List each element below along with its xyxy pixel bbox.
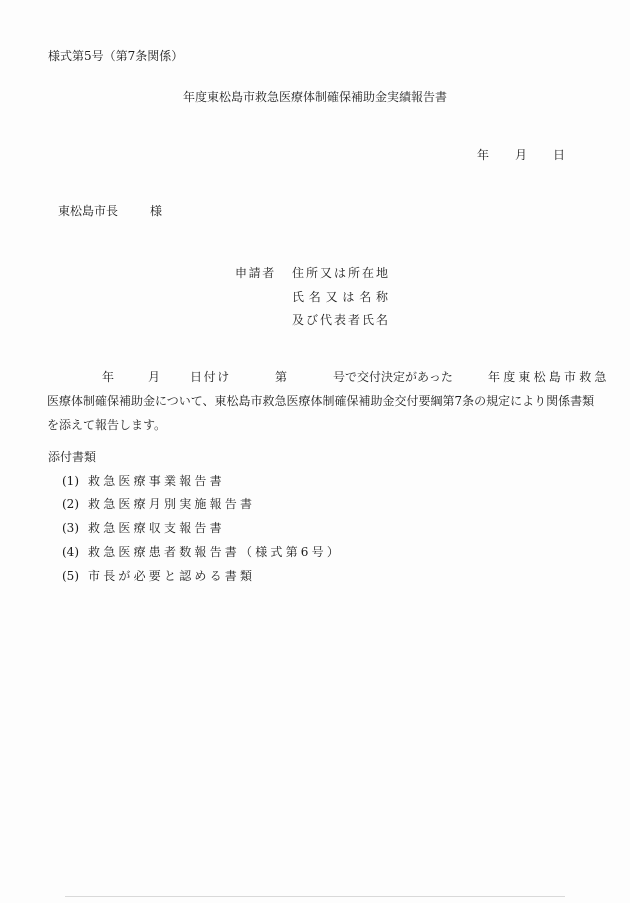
attachment-item-number: (1) [62,469,79,493]
document-page: 様式第5号（第7条関係） 年度東松島市救急医療体制確保補助金実績報告書 年 月 … [0,0,630,903]
applicant-address-label: 住所又は所在地 [292,261,388,285]
date-year-label: 年 [477,143,489,167]
body-number-suffix: 号で交付決定があった [333,365,453,389]
attachment-item-number: (4) [62,540,79,564]
attachment-item-label: 救急医療月別実施報告書 [88,492,255,516]
attachment-item-label: 救急医療収支報告書 [88,516,225,540]
applicant-name-label: 氏名又は名称 [292,285,388,309]
body-line2: 医療体制確保補助金について、東松島市救急医療体制確保補助金交付要綱第7条の規定に… [47,389,594,413]
attachments-heading: 添付書類 [48,445,96,469]
attachment-item-number: (5) [62,564,79,588]
body-day-suffix: 日付け [190,365,231,389]
applicant-label: 申請者 [235,261,276,285]
attachment-item-label: 市長が必要と認める書類 [88,564,255,588]
date-month-label: 月 [515,143,527,167]
attachment-item-label: 救急医療患者数報告書（様式第6号） [88,540,342,564]
body-number-prefix: 第 [275,365,287,389]
body-month-label: 月 [148,365,160,389]
attachment-item-number: (3) [62,516,79,540]
attachment-item-number: (2) [62,492,79,516]
applicant-representative-label: 及び代表者氏名 [292,308,388,332]
body-year-label: 年 [102,365,114,389]
next-page-edge-line [65,896,565,897]
addressee-honorific: 様 [150,199,162,223]
body-fiscal-text: 年度東松島市救急 [488,365,610,389]
form-number: 様式第5号（第7条関係） [48,44,183,68]
addressee-name: 東松島市長 [58,199,118,223]
body-line3: を添えて報告します。 [47,413,166,437]
attachment-item-label: 救急医療事業報告書 [88,469,225,493]
date-day-label: 日 [553,143,565,167]
document-title: 年度東松島市救急医療体制確保補助金実績報告書 [0,85,630,109]
